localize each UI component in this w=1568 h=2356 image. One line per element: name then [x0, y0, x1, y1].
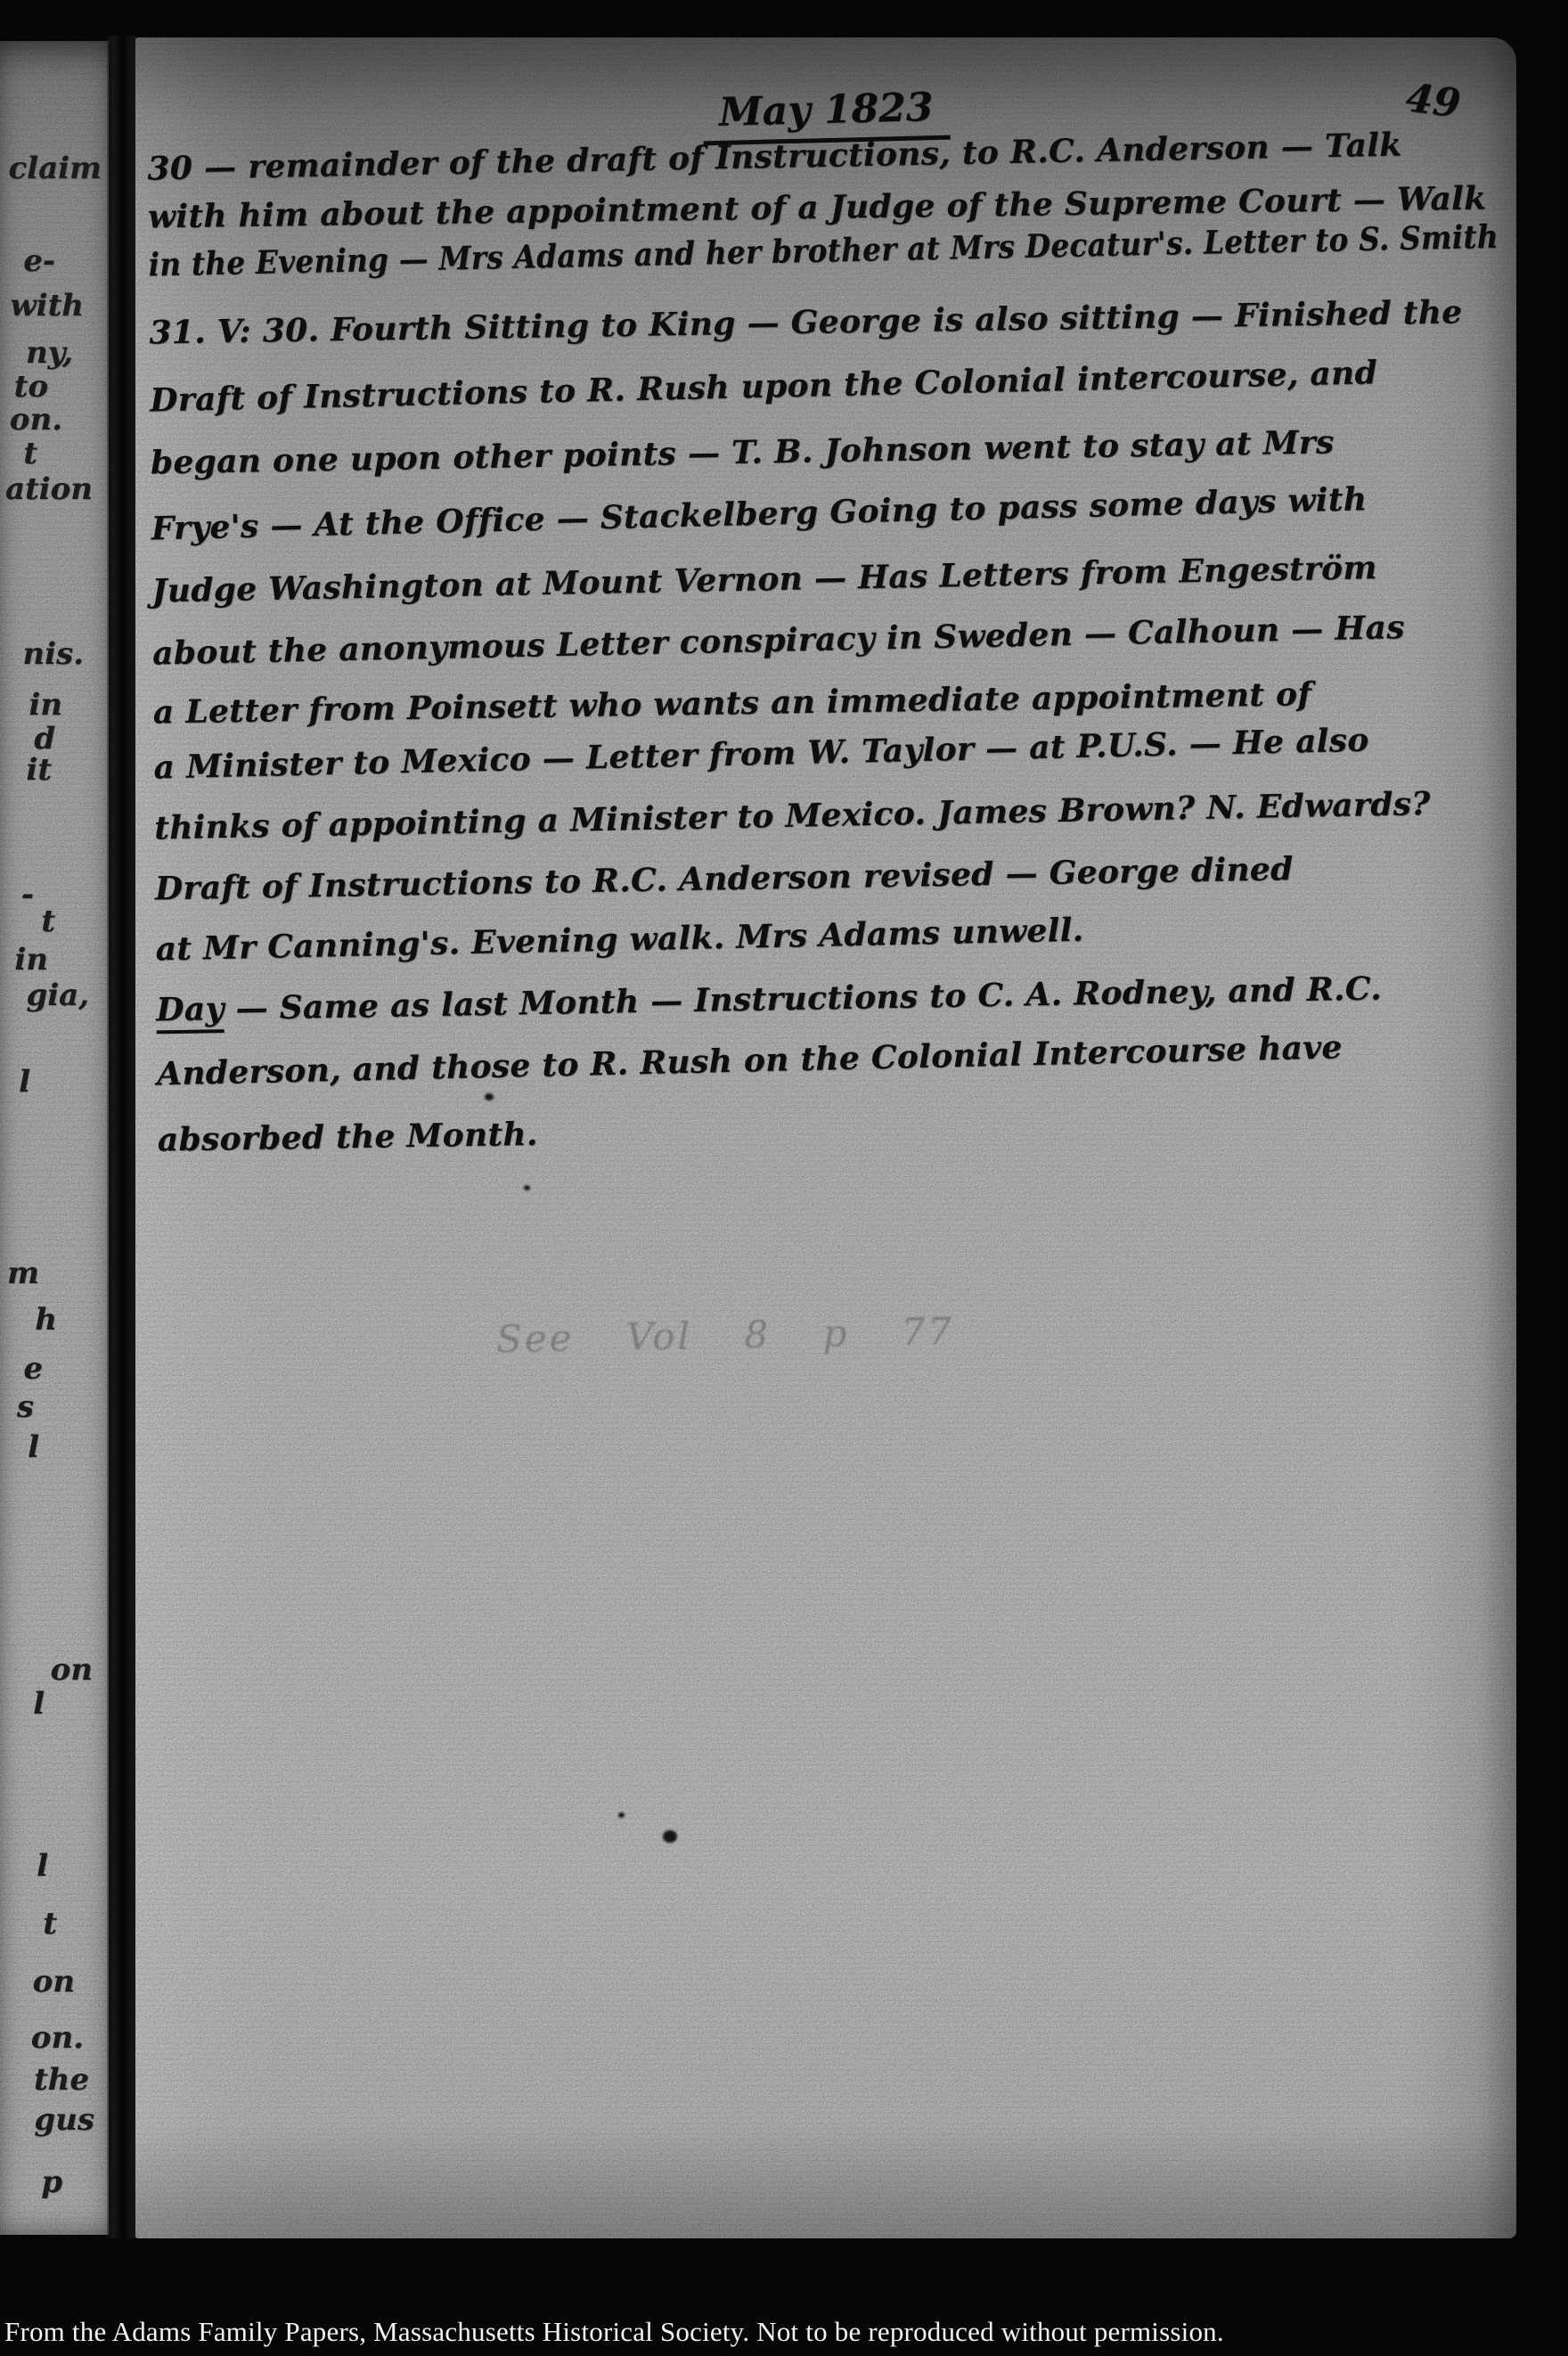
manuscript-line: Anderson, and those to R. Rush on the Co…	[157, 1028, 1343, 1092]
facing-page-word-fragment: s	[17, 1389, 34, 1425]
facing-page-word-fragment: in	[29, 687, 62, 723]
facing-page-word-fragment: with	[10, 288, 84, 323]
facing-page-word-fragment: e	[23, 1351, 43, 1387]
manuscript-line: a Minister to Mexico — Letter from W. Ta…	[153, 721, 1369, 786]
manuscript-line: at Mr Canning's. Evening walk. Mrs Adams…	[155, 912, 1084, 969]
facing-page-word-fragment: t	[43, 1906, 57, 1942]
facing-page-word-fragment: gus	[34, 2102, 94, 2138]
manuscript-line: 31. V: 30. Fourth Sitting to King — Geor…	[149, 293, 1463, 351]
facing-page-word-fragment: t	[41, 904, 55, 939]
facing-page-word-fragment: e-	[23, 243, 55, 279]
manuscript-line: thinks of appointing a Minister to Mexic…	[154, 785, 1431, 847]
facing-page-word-fragment: the	[34, 2062, 89, 2098]
archivist-pencil-note: See Vol 8 p 77	[496, 1310, 955, 1362]
manuscript-line: 30 — remainder of the draft of Instructi…	[147, 126, 1402, 187]
manuscript-line: absorbed the Month.	[158, 1116, 538, 1159]
facing-page-word-fragment: d	[34, 721, 55, 757]
diary-entries: 30 — remainder of the draft of Instructi…	[135, 37, 1516, 2238]
facing-page-word-fragment: h	[35, 1302, 57, 1338]
facing-page-word-fragment: l	[37, 1848, 48, 1884]
facing-page-word-fragment: l	[33, 1686, 45, 1722]
ink-speck	[618, 1812, 625, 1818]
facing-page-word-fragment: claim	[8, 151, 102, 186]
facing-page-word-fragment: t	[23, 436, 37, 471]
manuscript-line: about the anonymous Letter conspiracy in…	[152, 609, 1405, 672]
facing-page-word-fragment: to	[14, 369, 48, 405]
manuscript-line: a Letter from Poinsett who wants an imme…	[153, 675, 1312, 731]
manuscript-line: Draft of Instructions to R. Rush upon th…	[150, 354, 1378, 419]
facing-page-word-fragment: ny,	[26, 335, 73, 371]
underlined-word: Day	[156, 990, 225, 1034]
diary-page: May 1823 49 30 — remainder of the draft …	[135, 37, 1516, 2238]
manuscript-line: Day — Same as last Month — Instructions …	[156, 969, 1382, 1028]
facing-page-word-fragment: ation	[5, 471, 93, 507]
manuscript-line: Judge Washington at Mount Vernon — Has L…	[151, 549, 1377, 609]
facing-page-word-fragment: nis.	[22, 636, 84, 672]
facing-page-word-fragment: it	[26, 752, 52, 788]
facing-page-word-fragment: p	[41, 2164, 62, 2200]
facing-page-word-fragment: l	[28, 1429, 39, 1465]
ink-speck	[524, 1185, 530, 1190]
facing-page-word-fragment: on.	[31, 2020, 84, 2056]
facing-page-word-fragment: m	[7, 1256, 39, 1291]
manuscript-line: Frye's — At the Office — Stackelberg Goi…	[151, 480, 1367, 547]
book-gutter-shadow	[107, 36, 135, 2238]
facing-page-word-fragment: gia,	[26, 978, 89, 1013]
ink-speck	[485, 1093, 494, 1100]
facing-page-word-fragment: on.	[10, 402, 62, 438]
manuscript-line: began one upon other points — T. B. John…	[151, 423, 1335, 481]
facing-page-word-fragment: l	[19, 1064, 30, 1100]
facing-page-edge: claime-withny,toon.tationnis.indit-tingi…	[0, 41, 109, 2235]
manuscript-scan: claime-withny,toon.tationnis.indit-tingi…	[0, 0, 1568, 2356]
facing-page-word-fragment: on	[51, 1652, 93, 1688]
facing-page-word-fragment: on	[33, 1964, 75, 2000]
archive-caption: From the Adams Family Papers, Massachuse…	[4, 2316, 1224, 2348]
facing-page-word-fragment: -	[21, 877, 34, 912]
facing-page-word-fragment: in	[14, 942, 48, 978]
manuscript-line: Draft of Instructions to R.C. Anderson r…	[155, 850, 1294, 907]
ink-speck	[663, 1830, 677, 1843]
